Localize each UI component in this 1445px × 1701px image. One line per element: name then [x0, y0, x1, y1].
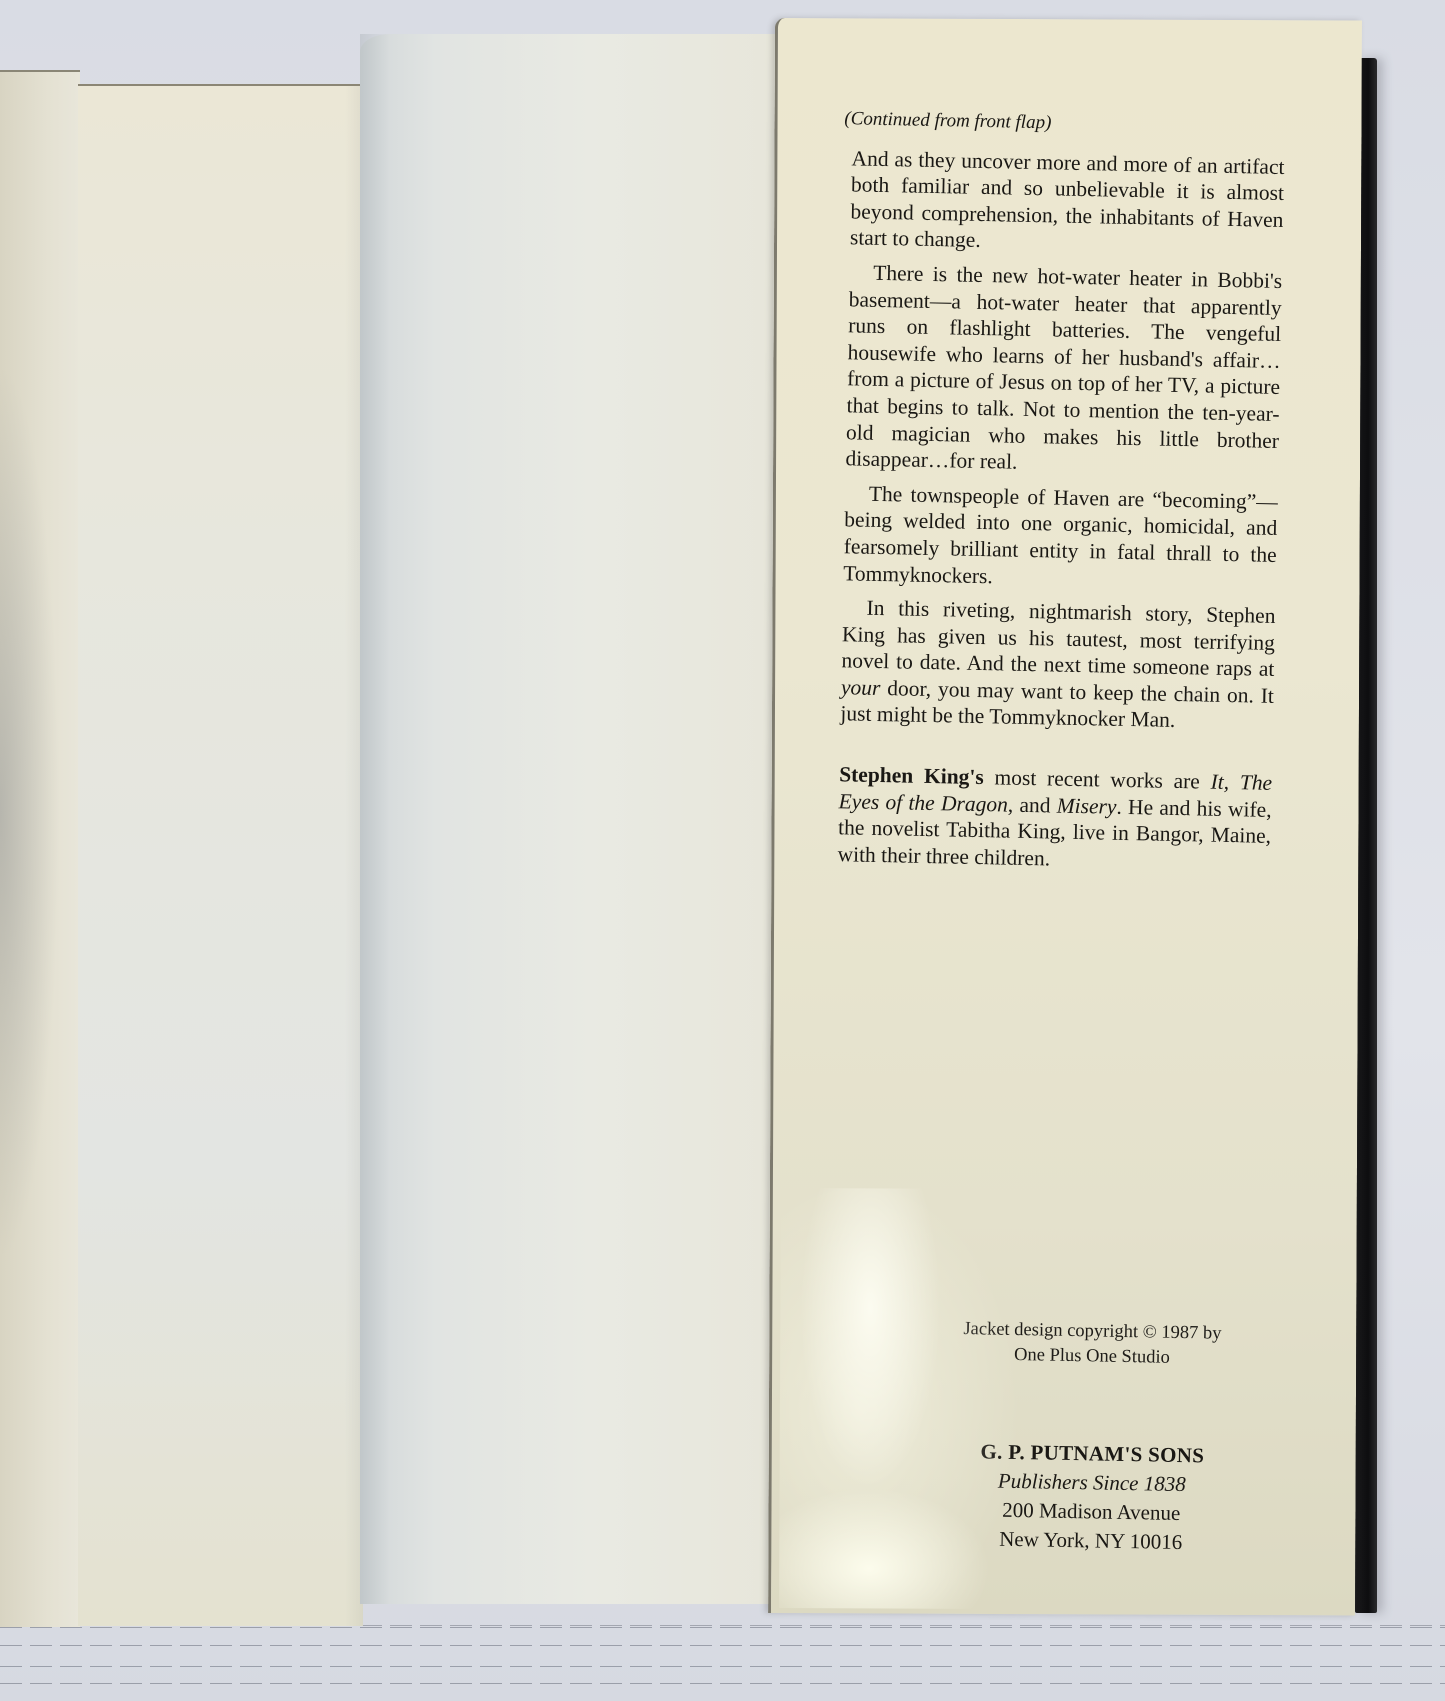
text: In this riveting, nightmarish story, Ste…	[841, 596, 1275, 681]
jacket-design-credit: Jacket design copyright © 1987 by One Pl…	[872, 1315, 1313, 1373]
paragraph: And as they uncover more and more of an …	[850, 145, 1285, 260]
text: door, you may want to keep the chain on.…	[840, 676, 1274, 733]
continued-note: (Continued from front flap)	[844, 106, 1285, 141]
back-flap: (Continued from front flap) And as they …	[768, 18, 1362, 1616]
author-name: Stephen King's	[839, 762, 984, 789]
text: most recent works are	[984, 765, 1211, 794]
jacket-inner-panel	[78, 84, 363, 1626]
emphasis-text: your	[841, 675, 881, 700]
closing-paragraph: In this riveting, nightmarish story, Ste…	[840, 594, 1276, 736]
work-title: Misery	[1057, 793, 1117, 818]
publisher-block: G. P. PUTNAM'S SONS Publishers Since 183…	[871, 1435, 1313, 1559]
jacket-back-panel	[360, 34, 780, 1604]
back-flap-area: (Continued from front flap) And as they …	[775, 18, 1390, 1618]
text: , and	[1008, 792, 1057, 817]
paragraph: There is the new hot-water heater in Bob…	[845, 259, 1282, 480]
shadow	[0, 362, 60, 1262]
dust-jacket-left-panels	[0, 62, 780, 1627]
dashed-lines-surface	[0, 1625, 1445, 1701]
paragraph: The townspeople of Haven are “becoming”—…	[843, 480, 1278, 595]
author-bio: Stephen King's most recent works are It,…	[837, 761, 1272, 876]
flap-copy: (Continued from front flap) And as they …	[837, 106, 1285, 884]
